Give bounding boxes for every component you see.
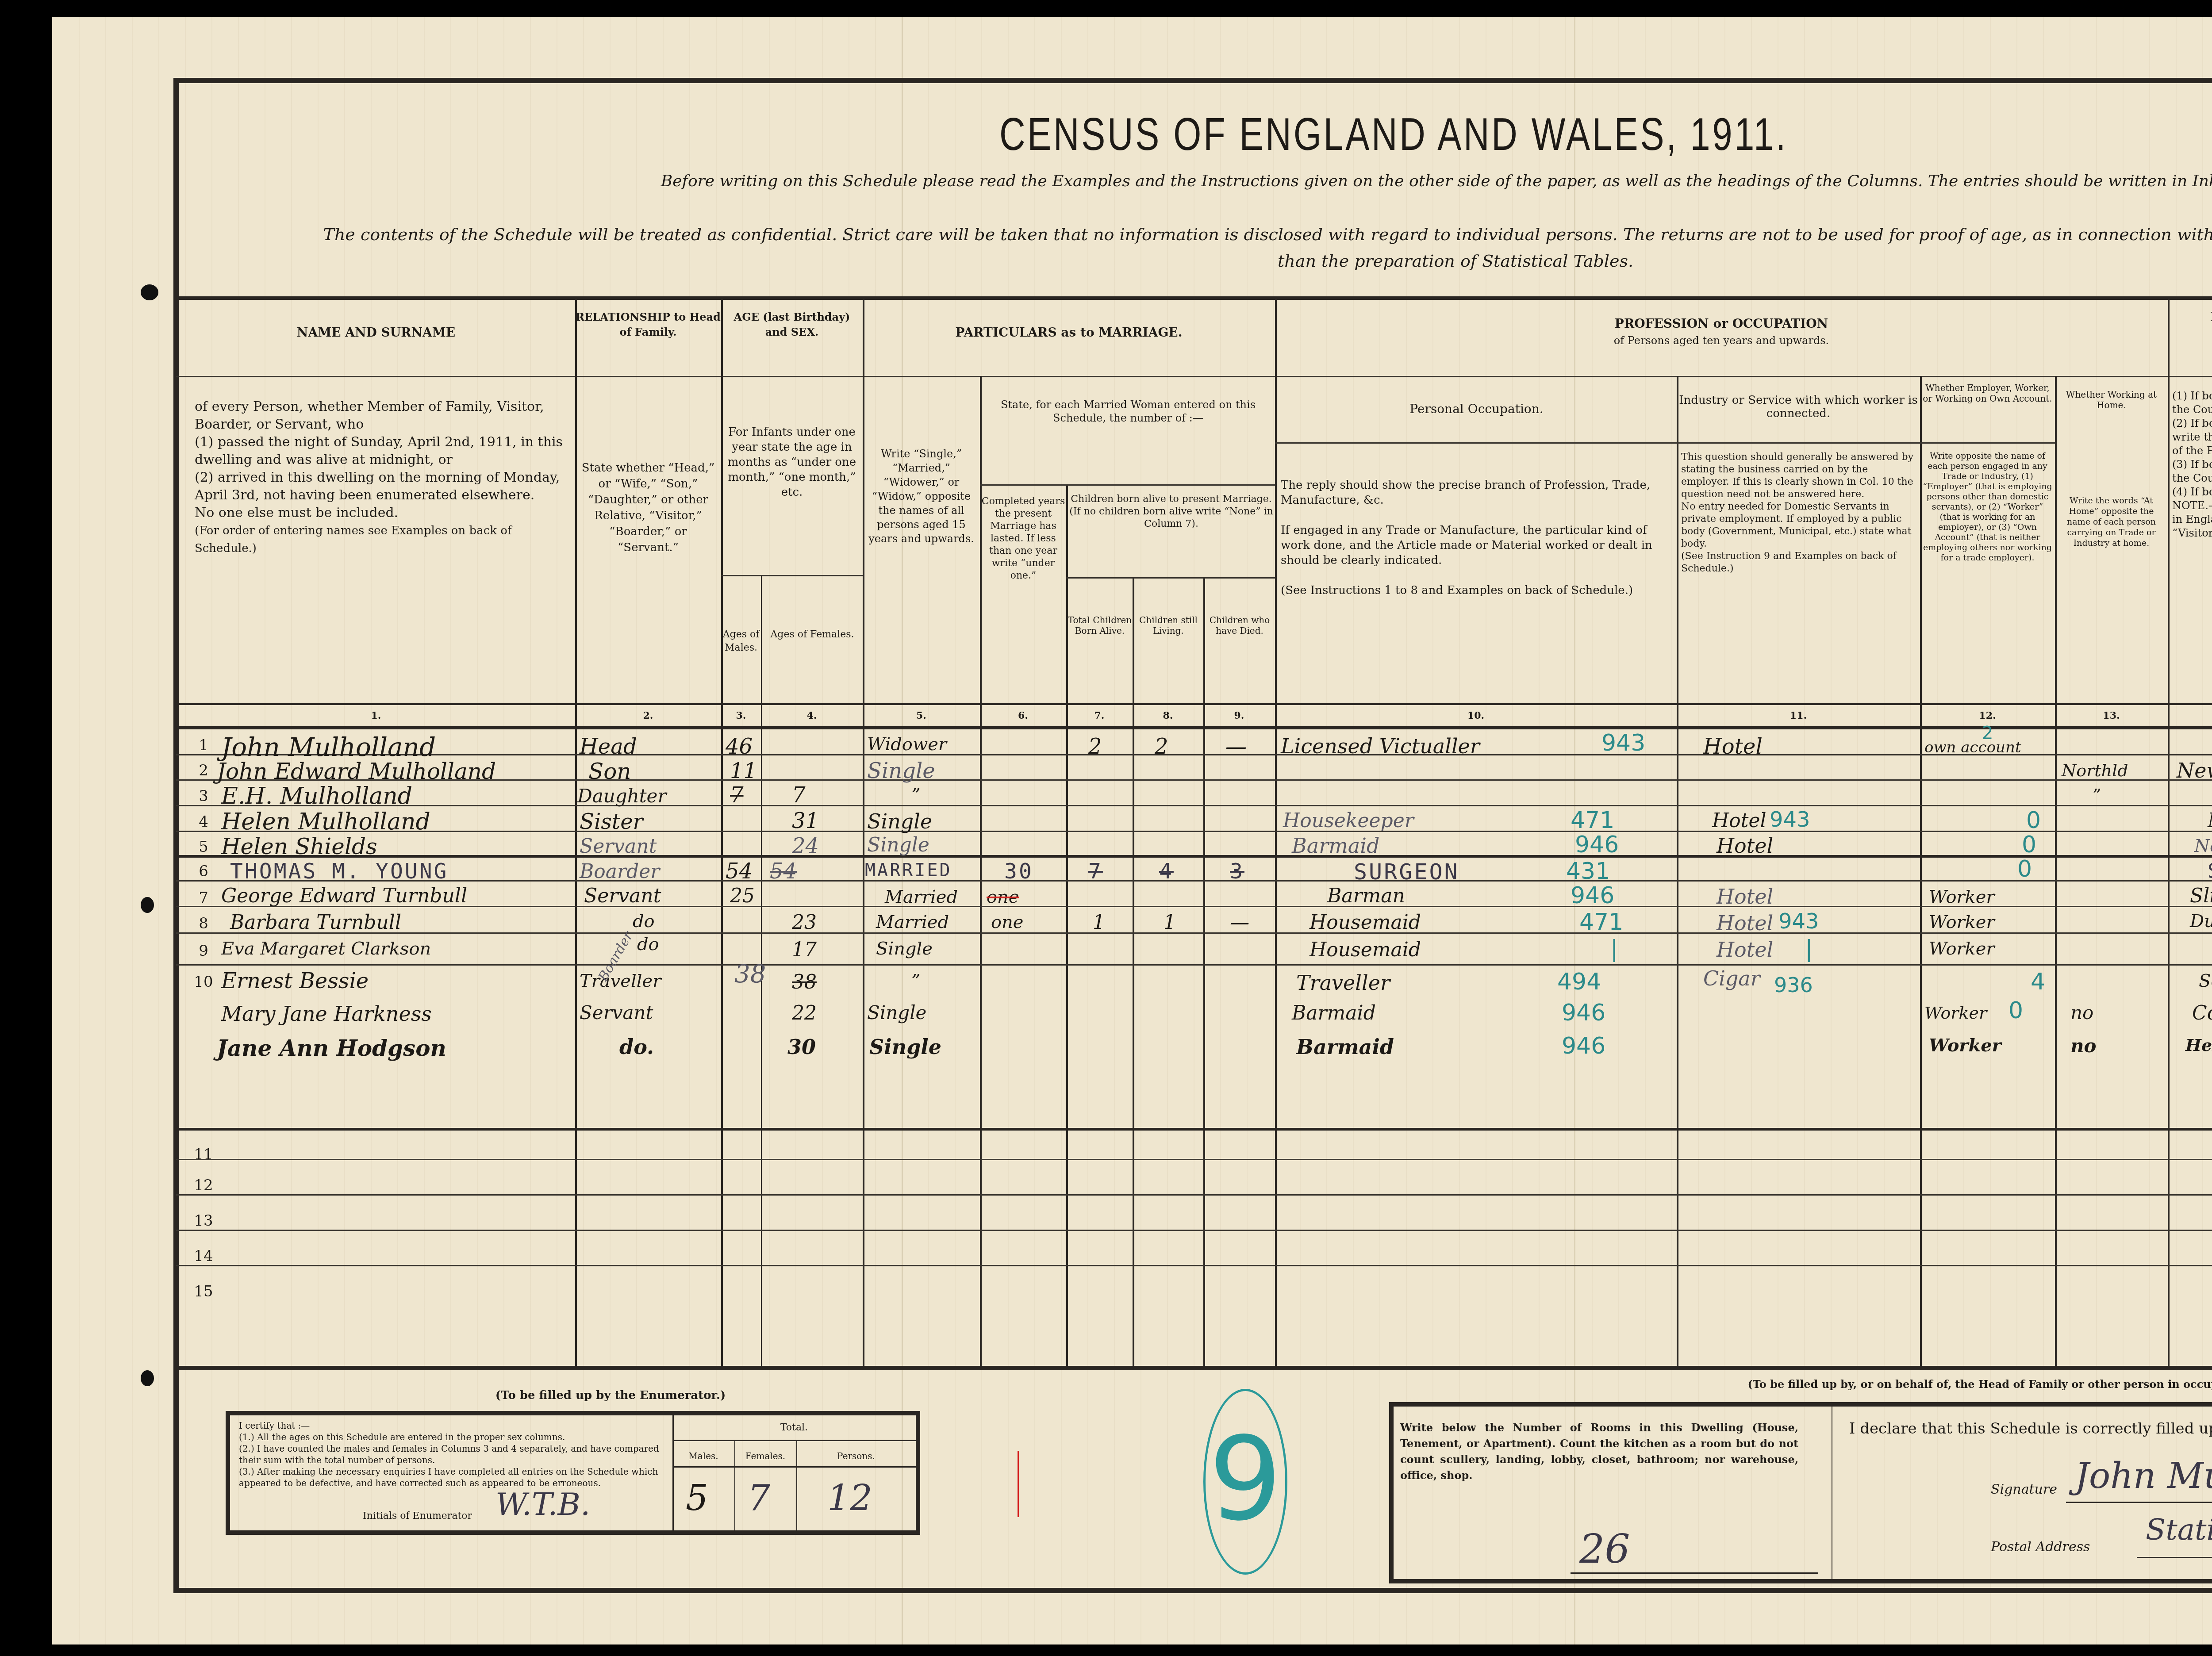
age-males-header: Ages of Males.	[721, 628, 761, 655]
person-name: Eva Margaret Clarkson	[221, 939, 431, 959]
industry-desc-3: (See Instruction 9 and Examples on back …	[1681, 550, 1916, 575]
occupation: Housekeeper	[1283, 809, 1414, 832]
col-header-relationship: RELATIONSHIP to Head of Family.	[575, 310, 721, 340]
col-header-occupation-sub: of Persons aged ten years and upwards.	[1275, 334, 2168, 347]
birthplace: Coldhesledon	[2192, 1002, 2212, 1024]
person-relationship: Servant	[580, 1002, 653, 1023]
industry: Hotel	[1703, 734, 1763, 759]
employment-status: own account	[1924, 739, 2021, 756]
employment-code: 0	[2022, 832, 2036, 858]
row-number: 11	[190, 1146, 217, 1163]
col-divider	[1133, 577, 1134, 1367]
row-number: 4	[190, 813, 217, 831]
working-at-home: no	[2070, 1035, 2097, 1057]
person-relationship: Servant	[584, 885, 661, 907]
birthplace: Sligo ( Sligo	[2190, 885, 2212, 907]
personal-occupation-header: Personal Occupation.	[1279, 402, 1674, 416]
person-name: George Edward Turnbull	[221, 885, 467, 907]
address-line	[2137, 1557, 2212, 1558]
males-label: Males.	[672, 1451, 734, 1461]
col-num-4: 4.	[761, 710, 863, 721]
married-woman-desc: State, for each Married Woman entered on…	[982, 398, 1274, 425]
person-name: Jane Ann Hodgson	[217, 1035, 446, 1061]
punch-hole	[141, 284, 158, 300]
col-num-6: 6.	[980, 710, 1066, 721]
person-relationship: Servant	[580, 835, 657, 858]
signature-line	[2066, 1502, 2212, 1503]
table-bottom-rule	[176, 1366, 2212, 1370]
females-label: Females.	[734, 1451, 796, 1461]
row-rule	[176, 754, 2212, 755]
marital-status: Single	[867, 1002, 926, 1023]
birthplace: Hexham Northumberland	[2185, 1035, 2212, 1055]
row-number: 8	[190, 915, 217, 932]
personal-desc-2: If engaged in any Trade or Manufacture, …	[1281, 523, 1670, 568]
children-living: 1	[1164, 911, 1176, 934]
name-desc-5: (For order of entering names see Example…	[195, 522, 566, 557]
children-living: 2	[1155, 734, 1168, 759]
head-box-heading: (To be filled up by, or on behalf of, th…	[1495, 1378, 2212, 1391]
birthplace: Midlothian	[2208, 809, 2212, 832]
head-of-family-box: Write below the Number of Rooms in this …	[1389, 1402, 2212, 1583]
col-header-age: AGE (last Birthday) and SEX.	[721, 310, 863, 340]
home-desc: Write the words “At Home” opposite the n…	[2057, 495, 2166, 548]
employment-status: Worker	[1929, 887, 1995, 907]
age-female: 31	[792, 809, 819, 833]
age-male: 54	[726, 859, 753, 884]
children-died: —	[1225, 734, 1247, 759]
marital-status: Single	[867, 834, 929, 856]
col-num-7: 7.	[1066, 710, 1133, 721]
occupation-code: 471	[1579, 909, 1623, 935]
occupation: SURGEON	[1354, 859, 1459, 885]
occupation: Barmaid	[1292, 1002, 1376, 1024]
row-number: 10	[190, 973, 217, 991]
certify-label: I certify that :—	[239, 1420, 664, 1431]
occupation-code: 943	[1601, 730, 1645, 756]
industry: Hotel	[1717, 885, 1773, 908]
employment-code: 0	[2026, 807, 2041, 834]
occupation-code: 946	[1562, 1000, 1605, 1026]
red-mark	[1018, 1451, 1019, 1517]
col-divider	[1203, 577, 1205, 1367]
occupation-code: 946	[1575, 832, 1619, 858]
enumerator-heading: (To be filled up by the Enumerator.)	[434, 1389, 787, 1402]
occupation-code: 431	[1566, 858, 1610, 885]
enumerator-initials: W.T.B.	[495, 1486, 590, 1522]
col-num-10: 10.	[1275, 710, 1677, 721]
age-female-struck: 38	[792, 971, 817, 993]
row-rule	[176, 1194, 2212, 1196]
person-relationship: Traveller	[580, 971, 661, 991]
head-signature: John Mulholland	[2075, 1455, 2212, 1496]
age-male: 11	[730, 759, 757, 783]
employer-desc: Write opposite the name of each person e…	[1922, 451, 2053, 563]
birthplace-desc-2: (2) If born in any other part of the Bri…	[2172, 417, 2212, 458]
col-num-14: 14.	[2168, 710, 2212, 721]
marital-status: MARRIED	[865, 860, 952, 881]
personal-desc-3: (See Instructions 1 to 8 and Examples on…	[1281, 583, 1670, 598]
certify-item-2: (2.) I have counted the males and female…	[239, 1443, 664, 1466]
header-bottom-rule	[176, 703, 2212, 705]
children-desc: Children born alive to present Marriage.…	[1068, 493, 1274, 530]
row-number: 13	[190, 1212, 217, 1230]
birthplace-desc: (1) If born in the United Kingdom, write…	[2172, 389, 2212, 540]
person-name: Mary Jane Harkness	[221, 1002, 432, 1026]
age-male-struck: 7	[730, 783, 744, 808]
punch-hole	[141, 897, 154, 913]
marriage-status-desc: Write “Single,” “Married,” “Widower,” or…	[865, 447, 978, 546]
row-number: 9	[190, 942, 217, 960]
person-name: Ernest Bessie	[221, 969, 369, 993]
page-title: CENSUS OF ENGLAND AND WALES, 1911.	[928, 108, 1859, 161]
industry-desc-2: No entry needed for Domestic Servants in…	[1681, 501, 1916, 550]
person-relationship: Head	[580, 734, 637, 759]
row-number: 15	[190, 1283, 217, 1300]
children-died: 3	[1230, 859, 1244, 884]
industry-code: 943	[1778, 909, 1819, 934]
rows-top-rule	[176, 726, 2212, 729]
birthplace-desc-1: (1) If born in the United Kingdom, write…	[2172, 389, 2212, 417]
employment-status: Worker	[1929, 939, 1995, 959]
birth-county: ”	[2093, 785, 2101, 805]
employment-code: 4	[2031, 969, 2045, 995]
children-living-header: Children still Living.	[1133, 615, 1203, 636]
working-at-home: no	[2070, 1002, 2093, 1023]
home-header: Whether Working at Home.	[2057, 389, 2166, 410]
person-relationship: Boarder	[580, 860, 660, 883]
age-desc: For Infants under one year state the age…	[723, 425, 860, 500]
age-female: 23	[792, 911, 817, 934]
marital-status: Widower	[867, 734, 947, 755]
industry-code: 936	[1774, 973, 1813, 997]
initials-label: Initials of Enumerator	[363, 1510, 472, 1522]
age-male: 38	[734, 960, 766, 989]
children-total-header: Total Children Born Alive.	[1067, 615, 1133, 636]
children-living: 4	[1159, 859, 1174, 884]
name-desc-1: of every Person, whether Member of Famil…	[195, 398, 566, 433]
occupation-code: 946	[1562, 1033, 1605, 1059]
totals-rule	[672, 1466, 916, 1468]
row-number: 12	[190, 1177, 217, 1194]
children-born: 2	[1088, 734, 1102, 759]
personal-occupation-desc: The reply should show the precise branch…	[1281, 478, 1670, 598]
person-relationship: Daughter	[577, 785, 667, 807]
confidential-line-2: than the preparation of Statistical Tabl…	[204, 248, 2212, 274]
occupation: Housemaid	[1310, 911, 1421, 934]
industry-code: |	[1805, 935, 1813, 962]
row-rule	[176, 932, 2212, 934]
row-rule	[176, 906, 2212, 907]
industry: Hotel	[1717, 834, 1773, 858]
industry: Hotel	[1717, 911, 1773, 935]
person-name: Helen Mulholland	[221, 809, 430, 835]
industry: Hotel	[1717, 938, 1773, 962]
col-header-birthplace: BIRTHPLACE of every person.	[2168, 310, 2212, 325]
person-name: John Mulholland	[221, 732, 436, 762]
circled-mark: 9	[1203, 1389, 1287, 1575]
row-number: 7	[190, 889, 217, 907]
person-name: Barbara Turnbull	[230, 911, 401, 934]
birth-county: Northld	[2062, 761, 2128, 780]
total-females: 7	[748, 1477, 770, 1518]
col-num-13: 13.	[2055, 710, 2168, 721]
employment-status: Worker	[1924, 1003, 1987, 1023]
marital-status: Single	[867, 759, 935, 783]
marriage-years: one	[991, 912, 1024, 932]
total-persons: 12	[827, 1477, 872, 1518]
marriage-years: one	[987, 887, 1019, 907]
header-top-rule	[176, 296, 2212, 300]
col-num-2: 2.	[575, 710, 721, 721]
occupation: Housemaid	[1310, 939, 1421, 961]
punch-hole	[141, 1370, 154, 1386]
person-relationship: do.	[619, 1035, 654, 1059]
occupation: Licensed Victualler	[1281, 734, 1480, 758]
col-divider	[1677, 376, 1678, 1367]
rooms-underline	[1571, 1572, 1818, 1574]
marriage-years: 30	[1004, 859, 1033, 884]
employment-code: 2	[1982, 723, 1993, 744]
employment-code: 0	[2008, 997, 2023, 1024]
industry-desc: This question should generally be answer…	[1681, 451, 1916, 575]
age-male: 46	[726, 734, 753, 759]
person-name: John Edward Mulholland	[217, 759, 496, 784]
occupation: Barman	[1327, 885, 1405, 907]
relationship-desc: State whether “Head,” or “Wife,” “Son,” …	[577, 460, 719, 556]
signature-label: Signature	[1991, 1482, 2057, 1497]
age-male: 25	[730, 885, 755, 907]
children-born: 7	[1088, 859, 1103, 884]
industry: Hotel	[1712, 809, 1767, 832]
age-female: 24	[792, 834, 819, 859]
postal-address-label: Postal Address	[1991, 1539, 2090, 1555]
col-divider	[1920, 376, 1922, 1367]
head-box-divider	[1832, 1407, 1832, 1579]
industry: Cigar	[1703, 966, 1760, 990]
age-female-struck: 54	[770, 859, 797, 884]
row-number: 14	[190, 1247, 217, 1265]
col-header-marriage: PARTICULARS as to MARRIAGE.	[863, 325, 1275, 340]
occupation: Traveller	[1296, 971, 1390, 995]
row-number: 6	[190, 862, 217, 880]
total-males: 5	[686, 1477, 708, 1518]
birthplace: Northumberland	[2194, 836, 2212, 856]
age-split-rule	[721, 575, 863, 576]
occupation: Barmaid	[1292, 834, 1379, 858]
occupation-split-rule	[1275, 442, 2055, 444]
declaration-text: I declare that this Schedule is correctl…	[1849, 1420, 2212, 1437]
children-died: —	[1230, 911, 1249, 934]
age-female: 22	[792, 1002, 817, 1024]
age-female: 17	[792, 939, 817, 961]
row-rule-thick	[176, 1128, 2212, 1131]
name-desc-3: (2) arrived in this dwelling on the morn…	[195, 469, 566, 504]
enumerator-box: I certify that :— (1.) All the ages on t…	[226, 1411, 920, 1535]
marriage-years-desc: Completed years the present Marriage has…	[981, 495, 1065, 582]
children-died-header: Children who have Died.	[1204, 615, 1275, 636]
children-born: 1	[1093, 911, 1105, 934]
birthplace: Somerset (Yeovil)	[2199, 971, 2212, 991]
birthplace-desc-3: (3) If born in a Foreign Country, write …	[2172, 458, 2212, 485]
row-number: 2	[190, 762, 217, 779]
row-number: 5	[190, 838, 217, 856]
age-female: 7	[792, 783, 806, 808]
occupation-code: 471	[1571, 807, 1614, 834]
marital-status: Married	[885, 887, 958, 907]
birthplace: Newcastle	[2177, 759, 2212, 782]
postal-address: Station Hotel Whitley Bay	[2146, 1513, 2212, 1547]
person-name: THOMAS M. YOUNG	[230, 859, 448, 884]
row-rule	[176, 1230, 2212, 1231]
row-rule	[176, 964, 2212, 966]
totals-rule	[672, 1440, 916, 1441]
header-mid-rule	[176, 376, 2212, 377]
children-split-rule	[1066, 577, 1275, 579]
col-num-9: 9.	[1203, 710, 1275, 721]
employment-code: 0	[2017, 856, 2032, 882]
occupation-code: |	[1610, 935, 1618, 962]
row-rule	[176, 831, 2212, 832]
row-number: 1	[190, 736, 217, 754]
confidential-line: The contents of the Schedule will be tre…	[204, 221, 2212, 248]
col-header-name: NAME AND SURNAME	[177, 325, 575, 340]
birthplace-desc-4: (4) If born at sea, write “At Sea.”	[2172, 485, 2212, 499]
industry-header: Industry or Service with which worker is…	[1679, 394, 1918, 420]
person-name: E.H. Mulholland	[221, 783, 412, 809]
col-num-3: 3.	[721, 710, 761, 721]
certify-item-3: (3.) After making the necessary enquirie…	[239, 1466, 664, 1489]
name-desc-4: No one else must be included.	[195, 504, 566, 522]
persons-label: Persons.	[796, 1451, 916, 1461]
occupation-code: 946	[1571, 882, 1614, 909]
row-rule-thick	[176, 855, 2212, 858]
col-divider	[2055, 376, 2057, 1367]
occupation-code: 494	[1557, 969, 1601, 995]
birthplace: Dunston ( Durham	[2190, 911, 2212, 931]
row-rule	[176, 880, 2212, 882]
marital-status: Married	[876, 912, 949, 932]
col-num-1: 1.	[177, 710, 575, 721]
col-num-11: 11.	[1677, 710, 1920, 721]
age-females-header: Ages of Females.	[762, 628, 863, 641]
person-relationship: Sister	[580, 809, 643, 834]
marital-status: ”	[911, 971, 920, 991]
person-relationship: do	[637, 934, 659, 954]
person-relationship: do	[633, 911, 655, 931]
name-desc: of every Person, whether Member of Famil…	[195, 398, 566, 557]
instruction-line: Before writing on this Schedule please r…	[513, 168, 2212, 195]
row-rule	[176, 1265, 2212, 1266]
col-num-5: 5.	[863, 710, 980, 721]
row-rule	[176, 805, 2212, 806]
certify-item-1: (1.) All the ages on this Schedule are e…	[239, 1431, 664, 1443]
row-rule	[176, 1159, 2212, 1160]
birthplace-note: NOTE.—In the case of persons born elsewh…	[2172, 499, 2212, 540]
marital-status: Single	[876, 939, 933, 959]
marital-status: ”	[911, 785, 920, 805]
marital-status: Single	[867, 809, 932, 833]
person-name: Helen Shields	[221, 834, 377, 859]
age-female: 30	[787, 1035, 816, 1059]
certify-text: I certify that :— (1.) All the ages on t…	[239, 1420, 664, 1489]
col-num-12: 12.	[1920, 710, 2055, 721]
name-desc-2: (1) passed the night of Sunday, April 2n…	[195, 433, 566, 469]
marriage-split-rule	[980, 484, 1275, 486]
industry-desc-1: This question should generally be answer…	[1681, 451, 1916, 501]
rooms-count: 26	[1579, 1526, 1630, 1572]
rooms-instruction: Write below the Number of Rooms in this …	[1400, 1420, 1798, 1483]
row-number: 3	[190, 787, 217, 805]
personal-desc-1: The reply should show the precise branch…	[1281, 478, 1670, 508]
industry-code: 943	[1770, 807, 1810, 832]
person-relationship: Son	[588, 759, 631, 784]
birthplace: SOUTH SHIELDS	[2208, 859, 2212, 883]
employment-status: Worker	[1929, 912, 1995, 932]
col-header-occupation: PROFESSION or OCCUPATION	[1275, 316, 2168, 331]
occupation: Barmaid	[1296, 1035, 1394, 1059]
marital-status: Single	[869, 1035, 941, 1059]
col-num-8: 8.	[1133, 710, 1203, 721]
employer-header: Whether Employer, Worker, or Working on …	[1922, 383, 2053, 404]
employment-status: Worker	[1929, 1035, 2001, 1056]
total-label: Total.	[672, 1422, 916, 1433]
